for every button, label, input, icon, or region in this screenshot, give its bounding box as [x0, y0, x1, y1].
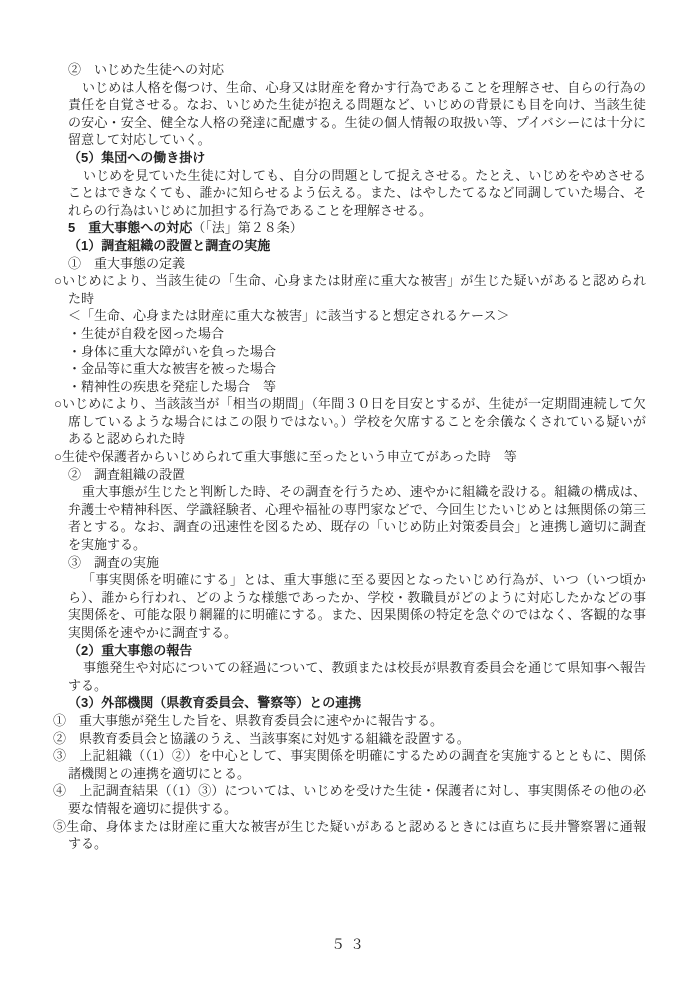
numbered-item: ① 重大事態が発生した旨を、県教育委員会に速やかに報告する。 [68, 712, 646, 730]
numbered-item: ⑤生命、身体または財産に重大な被害が生じた疑いがあると認めるときには直ちに長井警… [68, 818, 646, 853]
case-list-item: ・身体に重大な障がいを負った場合 [68, 343, 646, 361]
document-content: ② いじめた生徒への対応いじめは人格を傷つけ、生命、心身又は財産を脅かす行為であ… [68, 61, 646, 853]
sub-item-heading: ② いじめた生徒への対応 [68, 61, 646, 79]
sub-item-heading: ③ 調査の実施 [68, 554, 646, 572]
section-heading: （3）外部機関（県教育委員会、警察等）との連携 [68, 694, 646, 712]
chapter-law-reference: （「法」第２８条） [192, 220, 303, 235]
sub-item-heading: ② 調査組織の設置 [68, 466, 646, 484]
paragraph: 重大事態が生じたと判断した時、その調査を行うため、速やかに組織を設ける。組織の構… [68, 483, 646, 553]
case-list-item: ＜「生命、心身または財産に重大な被害」に該当すると想定されるケース＞ [68, 307, 646, 325]
chapter-title: 5 重大事態への対応 [68, 220, 192, 235]
numbered-item: ④ 上記調査結果（（1）③）については、いじめを受けた生徒・保護者に対し、事実関… [68, 782, 646, 817]
numbered-item: ② 県教育委員会と協議のうえ、当該事案に対処する組織を設置する。 [68, 730, 646, 748]
section-heading: （5）集団への働き掛け [68, 149, 646, 167]
numbered-item: ③ 上記組織（（1）②）を中心として、事実関係を明確にするための調査を実施すると… [68, 747, 646, 782]
page-number: ５３ [0, 936, 700, 954]
case-list-item: ・生徒が自殺を図った場合 [68, 325, 646, 343]
paragraph: いじめは人格を傷つけ、生命、心身又は財産を脅かす行為であることを理解させ、自らの… [68, 79, 646, 149]
paragraph: いじめを見ていた生徒に対しても、自分の問題として捉えさせる。たとえ、いじめをやめ… [68, 167, 646, 220]
definition-item: ○いじめにより、当該生徒の「生命、心身または財産に重大な被害」が生じた疑いがある… [68, 272, 646, 307]
section-heading: （2）重大事態の報告 [68, 642, 646, 660]
sub-item-heading: ① 重大事態の定義 [68, 255, 646, 273]
case-list-item: ・精神性の疾患を発症した場合 等 [68, 378, 646, 396]
document-page: ② いじめた生徒への対応いじめは人格を傷つけ、生命、心身又は財産を脅かす行為であ… [0, 0, 700, 989]
section-heading: （1）調査組織の設置と調査の実施 [68, 237, 646, 255]
paragraph: 事態発生や対応についての経過について、教頭または校長が県教育委員会を通じて県知事… [68, 659, 646, 694]
definition-item: ○いじめにより、当該該当が「相当の期間」（年間３０日を目安とするが、生徒が一定期… [68, 395, 646, 448]
case-list-item: ・金品等に重大な被害を被った場合 [68, 360, 646, 378]
definition-item: ○生徒や保護者からいじめられて重大事態に至ったという申立てがあった時 等 [68, 448, 646, 466]
paragraph: 「事実関係を明確にする」とは、重大事態に至る要因となったいじめ行為が、いつ（いつ… [68, 571, 646, 641]
chapter-heading: 5 重大事態への対応（「法」第２８条） [68, 219, 646, 237]
